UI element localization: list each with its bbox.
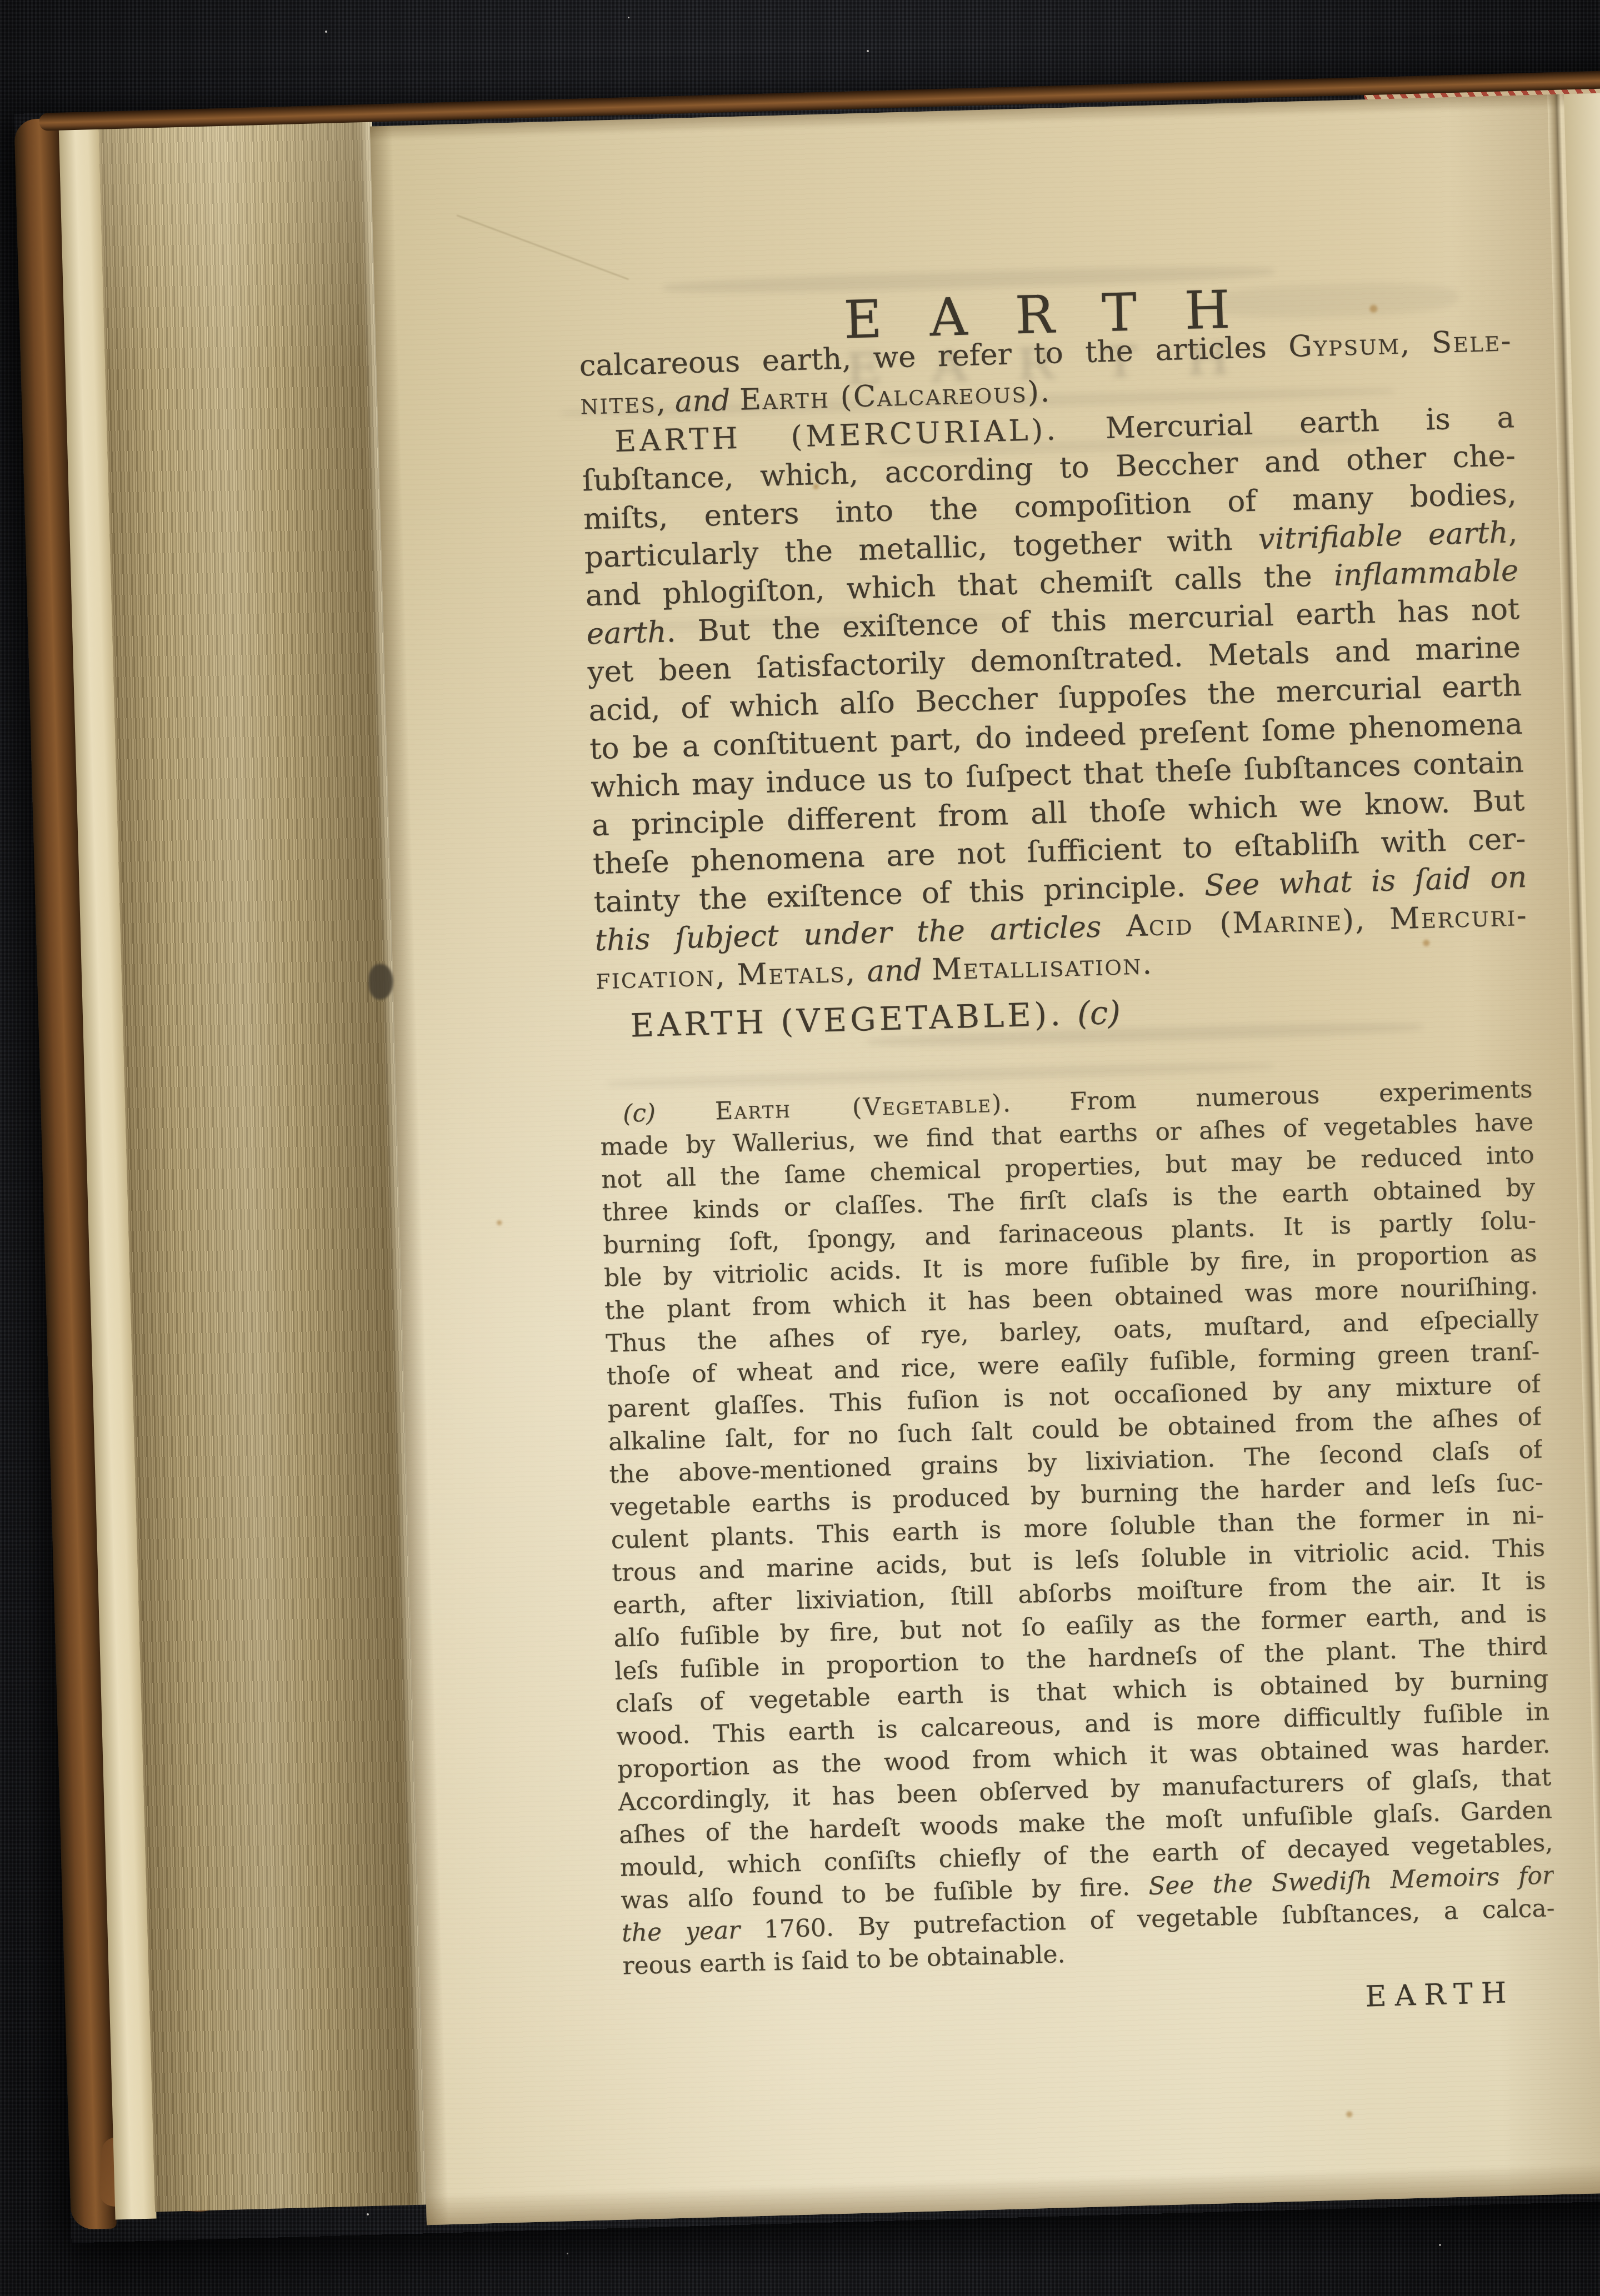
- text-segment: .: [1040, 375, 1051, 409]
- text-segment: Metallisation: [931, 948, 1142, 987]
- text-segment: Acid (Marine): [1126, 903, 1356, 943]
- text-segment: ,: [656, 385, 675, 419]
- foxing-spot: [1346, 2111, 1352, 2117]
- text-segment: EARTH (VEGETABLE).: [630, 995, 1078, 1045]
- text-segment: ,: [1355, 903, 1390, 938]
- text-segment: and: [674, 383, 740, 419]
- dust-speck: [628, 17, 629, 18]
- text-segment: Earth (Calcareous): [739, 375, 1041, 417]
- text-segment: Gypsum: [1288, 327, 1401, 364]
- text-segment: ,: [1400, 326, 1432, 361]
- catchword: EARTH: [1365, 1976, 1515, 2013]
- foxing-spot: [497, 1220, 502, 1225]
- dust-speck: [867, 50, 869, 52]
- dust-speck: [325, 31, 327, 33]
- paper-crease: [457, 215, 629, 280]
- text-segment: earth: [586, 615, 667, 651]
- text-segment: the year: [621, 1916, 764, 1948]
- book-photo: E A R T H E A R T H calcareous earth, we…: [0, 0, 1600, 2296]
- dust-speck: [1439, 2244, 1441, 2246]
- text-segment: (c): [1077, 994, 1121, 1032]
- text-segment: fication, Metals,: [596, 955, 868, 996]
- page: E A R T H E A R T H calcareous earth, we…: [370, 92, 1600, 2225]
- text-segment: Earth (Vegetable): [714, 1090, 1003, 1126]
- text-segment: and: [867, 953, 932, 989]
- text-segment: .: [1142, 947, 1152, 981]
- dust-speck: [567, 2253, 568, 2254]
- text-segment: (c): [622, 1097, 715, 1128]
- book: E A R T H E A R T H calcareous earth, we…: [14, 69, 1600, 2243]
- text-segment: nites: [580, 385, 657, 422]
- text-block: calcareous earth, we refer to the articl…: [579, 322, 1556, 1982]
